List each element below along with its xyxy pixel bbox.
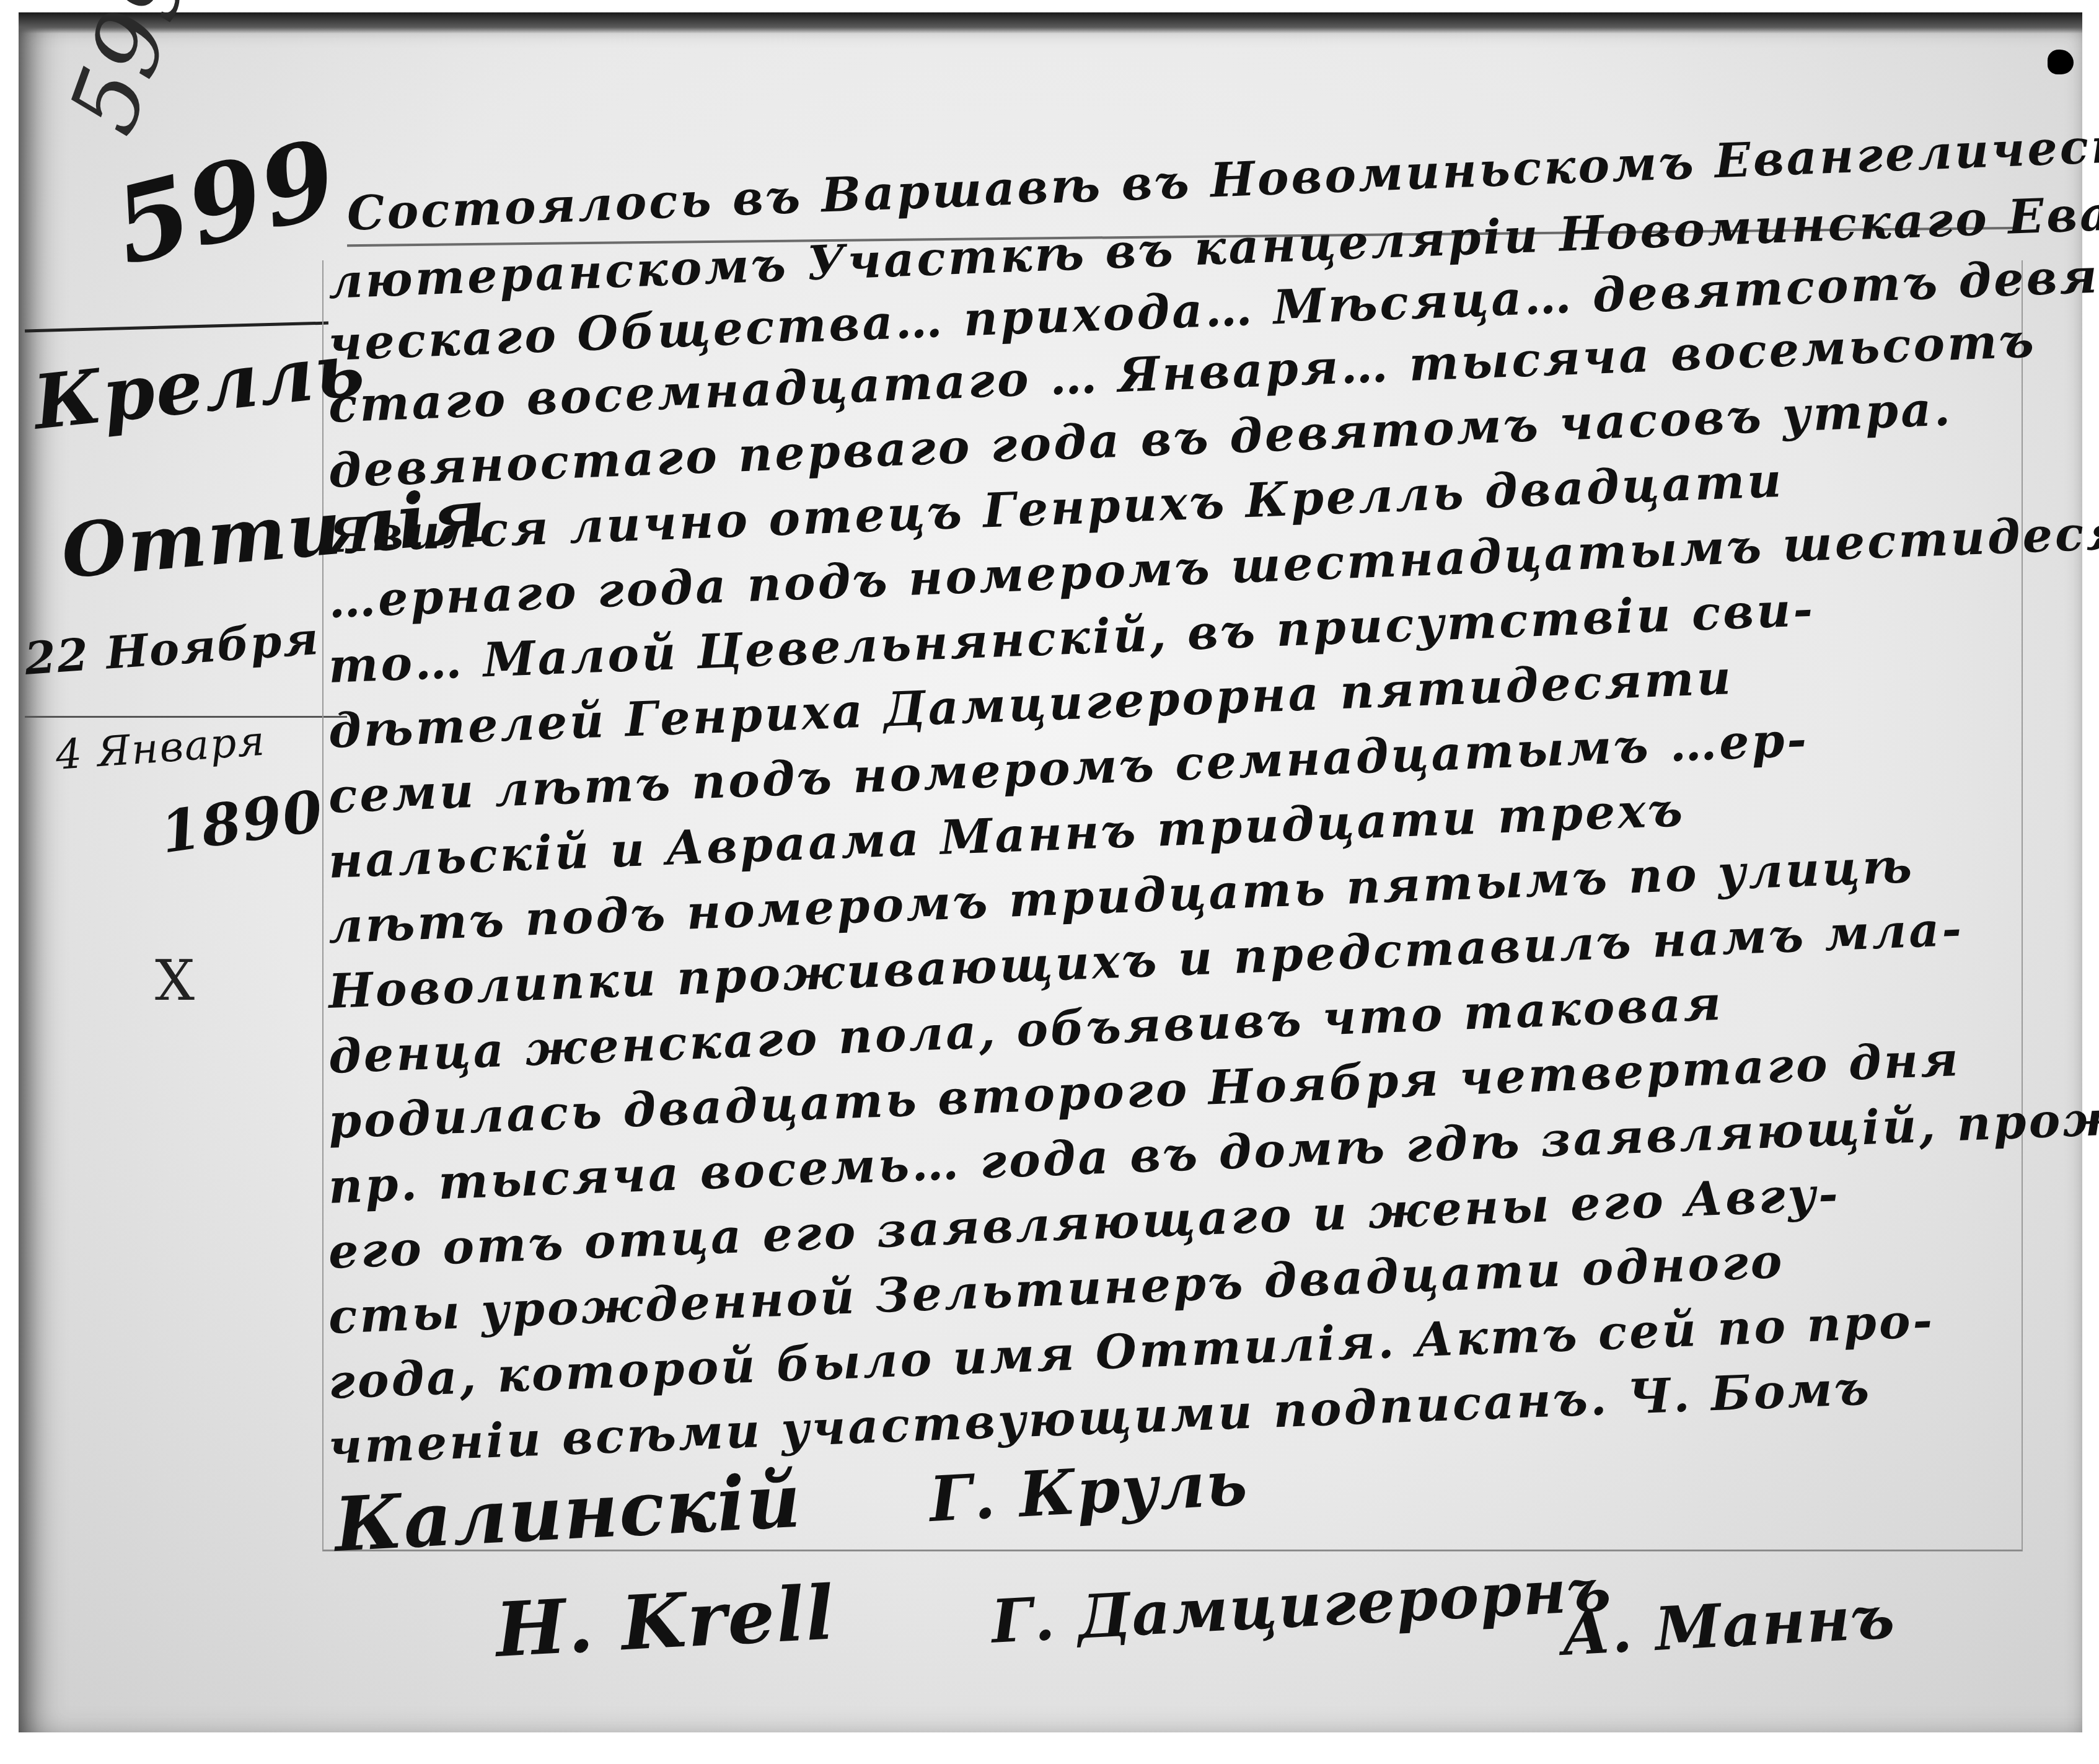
ink-blot (2048, 50, 2074, 74)
date-divider-rule (25, 716, 347, 718)
margin-cross-mark: X (155, 948, 196, 1013)
signature-father: H. Krell (493, 1569, 837, 1674)
